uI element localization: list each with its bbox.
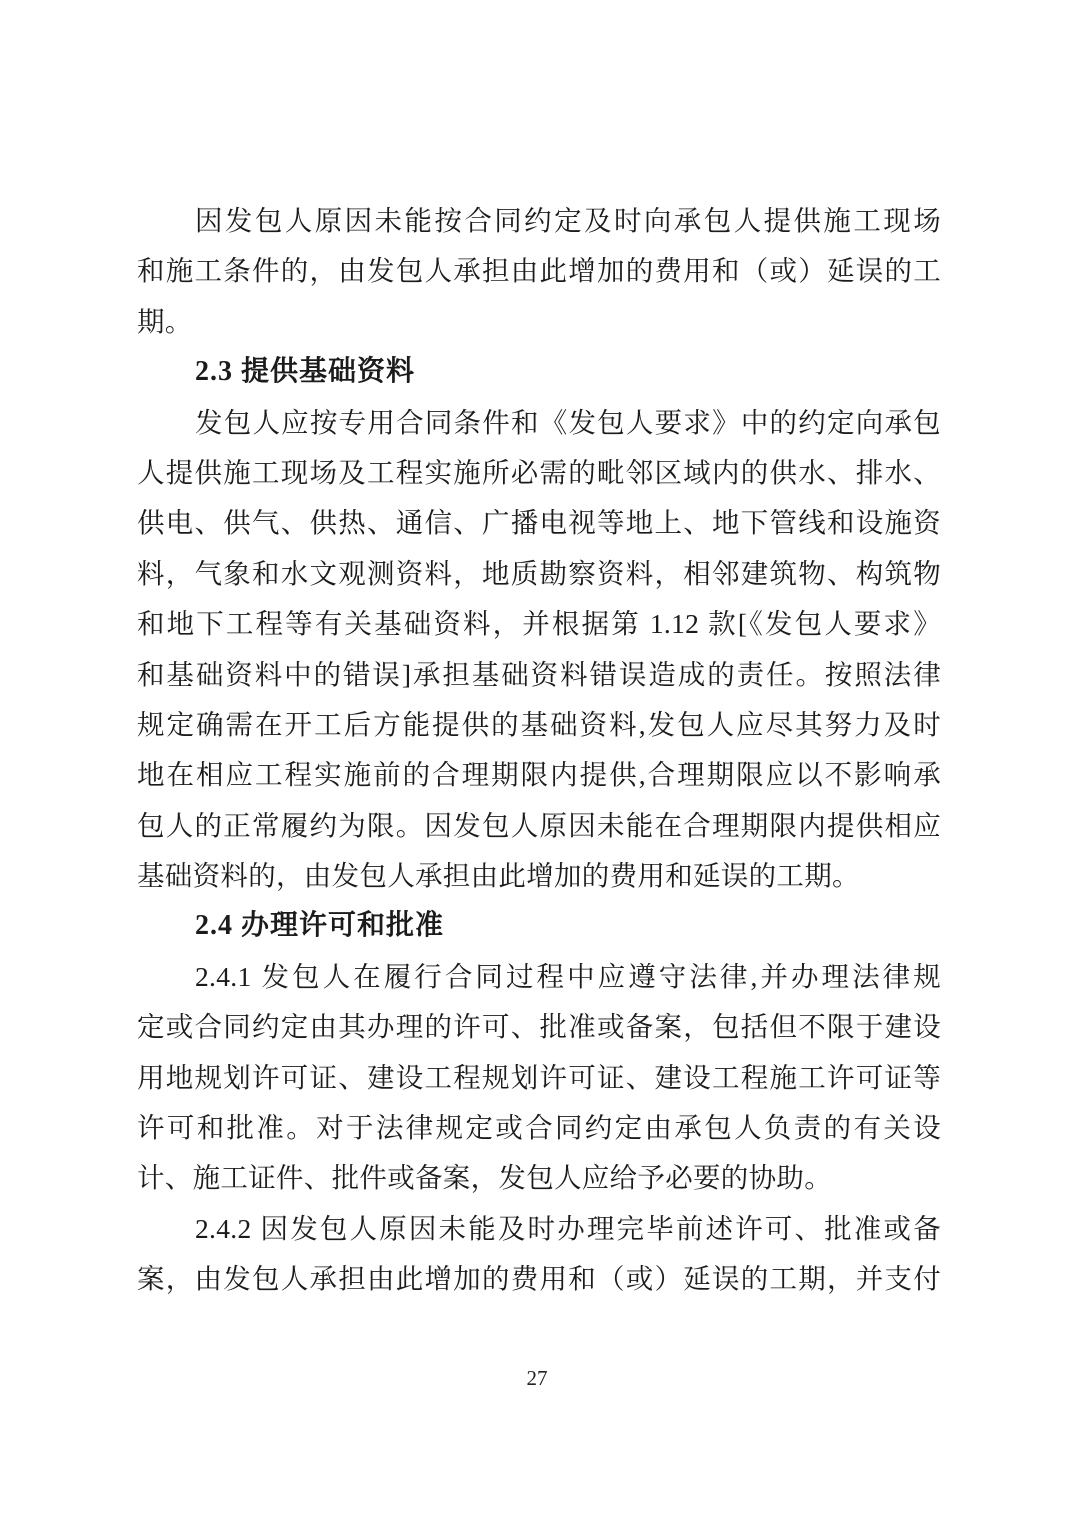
paragraph-line: 许可和批准。对于法律规定或合同约定由承包人负责的有关设 <box>137 1103 941 1153</box>
clause-line-2-4-2: 2.4.2 因发包人原因未能及时办理完毕前述许可、批准或备 <box>137 1204 941 1254</box>
paragraph-line: 规定确需在开工后方能提供的基础资料,发包人应尽其努力及时 <box>137 700 941 750</box>
paragraph-line: 包人的正常履约为限。因发包人原因未能在合理期限内提供相应 <box>137 801 941 851</box>
paragraph-line: 料，气象和水文观测资料，地质勘察资料，相邻建筑物、构筑物 <box>137 549 941 599</box>
paragraph-line: 期。 <box>137 297 941 347</box>
paragraph-line: 和地下工程等有关基础资料，并根据第 1.12 款[《发包人要求》 <box>137 599 941 649</box>
paragraph-line: 用地规划许可证、建设工程规划许可证、建设工程施工许可证等 <box>137 1053 941 1103</box>
clause-line-2-4-1: 2.4.1 发包人在履行合同过程中应遵守法律,并办理法律规 <box>137 952 941 1002</box>
paragraph-line: 供电、供气、供热、通信、广播电视等地上、地下管线和设施资 <box>137 498 941 548</box>
paragraph-line: 人提供施工现场及工程实施所必需的毗邻区域内的供水、排水、 <box>137 448 941 498</box>
paragraph-line: 案，由发包人承担由此增加的费用和（或）延误的工期，并支付 <box>137 1254 941 1304</box>
page-content: 因发包人原因未能按合同约定及时向承包人提供施工现场 和施工条件的，由发包人承担由… <box>137 196 941 1305</box>
paragraph-line: 基础资料的，由发包人承担由此增加的费用和延误的工期。 <box>137 851 941 901</box>
paragraph-line: 发包人应按专用合同条件和《发包人要求》中的约定向承包 <box>137 398 941 448</box>
paragraph-line: 因发包人原因未能按合同约定及时向承包人提供施工现场 <box>137 196 941 246</box>
paragraph-line: 和施工条件的，由发包人承担由此增加的费用和（或）延误的工 <box>137 246 941 296</box>
paragraph-line: 计、施工证件、批件或备案，发包人应给予必要的协助。 <box>137 1153 941 1203</box>
page-number: 27 <box>0 1364 1074 1392</box>
paragraph-line: 地在相应工程实施前的合理期限内提供,合理期限应以不影响承 <box>137 750 941 800</box>
section-heading-2-4: 2.4 办理许可和批准 <box>137 901 941 951</box>
paragraph-line: 和基础资料中的错误]承担基础资料错误造成的责任。按照法律 <box>137 650 941 700</box>
document-page: 因发包人原因未能按合同约定及时向承包人提供施工现场 和施工条件的，由发包人承担由… <box>0 0 1074 1520</box>
paragraph-line: 定或合同约定由其办理的许可、批准或备案，包括但不限于建设 <box>137 1002 941 1052</box>
section-heading-2-3: 2.3 提供基础资料 <box>137 347 941 397</box>
